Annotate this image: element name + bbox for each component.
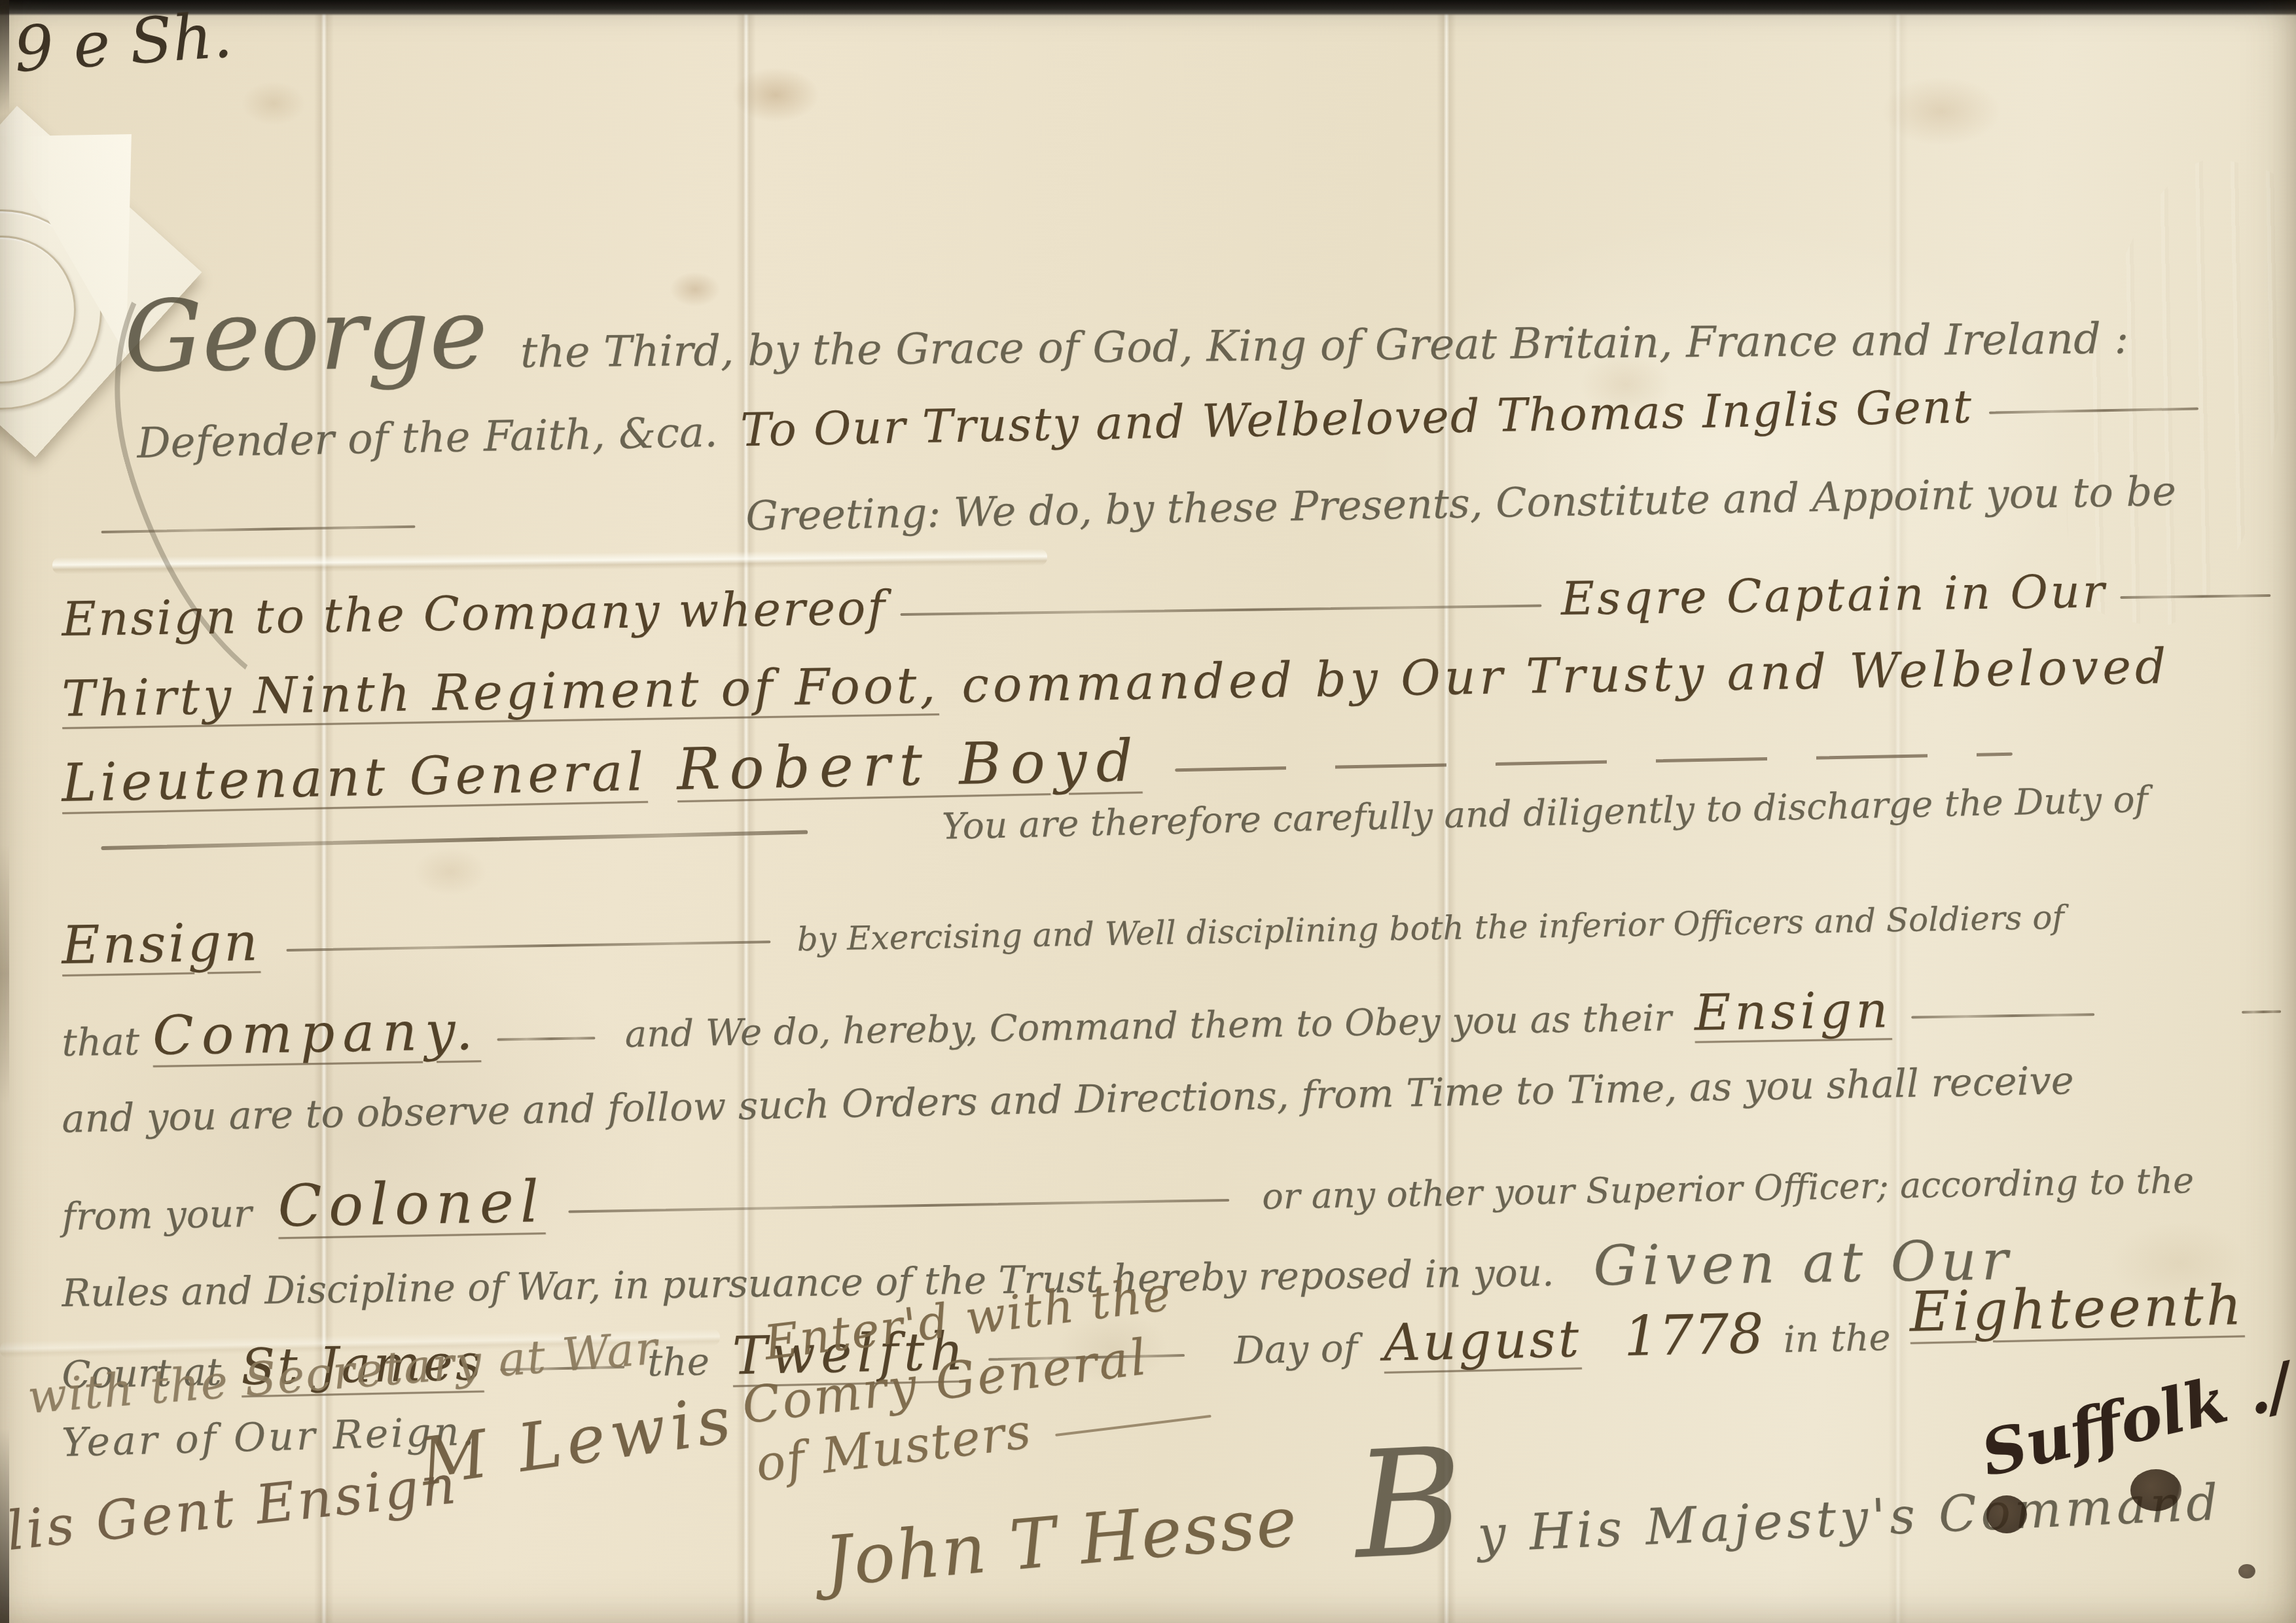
line-reign-year: Year of Our Reign. (61, 1412, 477, 1463)
line-royal-style: George the Third, by the Grace of God, K… (124, 270, 2129, 386)
regiment-name: Thirty Ninth Regiment of Foot, (62, 656, 939, 728)
year-number: 1778 (1623, 1302, 1765, 1368)
rank-company-text: Ensign to the Company whereof (62, 580, 888, 647)
inked-rule (900, 604, 1541, 616)
regnal-year-word: Eighteenth (1909, 1273, 2245, 1344)
sovereign-name: George (124, 277, 488, 394)
inked-rule (287, 940, 771, 952)
greeting-text: Greeting: We do, by these Presents, Cons… (745, 467, 2177, 540)
command-initial: B (1351, 1416, 1467, 1592)
colonel-name: Robert Boyd (676, 726, 1143, 803)
war-office-signature: M Lewis (416, 1387, 740, 1495)
corner-inscription: 9 e Sh. (12, 5, 234, 82)
line-duty-rank: Ensign by Exercising and Well disciplini… (62, 885, 2065, 972)
captain-blank-text: Esqre Captain in Our (1560, 564, 2107, 626)
colonel-rank: Lieutenant General (61, 741, 648, 813)
grantee-name: To Our Trusty and Welbeloved Thomas Ingl… (740, 380, 1973, 457)
in-the-text: in the (1783, 1316, 1891, 1361)
ink-blot (2238, 1564, 2255, 1578)
scanner-edge (0, 0, 2296, 16)
line-superior: from your Colonel or any other your Supe… (61, 1144, 2194, 1239)
commanded-by-text: commanded by Our Trusty and Welbeloved (961, 638, 2170, 713)
sheet-left-edge (0, 0, 9, 1623)
that-word: that (62, 1019, 140, 1065)
defender-text: Defender of the Faith, &ca. (137, 408, 718, 468)
corner-inscription-text: 9 e Sh. (12, 0, 234, 86)
duty-rank-word: Ensign (61, 912, 260, 976)
inked-rule-dashed (1175, 753, 2013, 772)
obedience-text: and We do, hereby, Command them to Obey … (624, 997, 1672, 1056)
company-word: Company. (152, 1000, 481, 1067)
parchment-sheet: 9 e Sh. George the Third, by the Grace o… (0, 0, 2296, 1623)
muster-office-signature: John T Hesse (822, 1487, 1300, 1597)
obedience-rank-word: Ensign (1694, 980, 1892, 1042)
superior-officer-text: or any other your Superior Officer; acco… (1262, 1160, 2195, 1217)
colonel-word: Colonel (278, 1168, 546, 1240)
inked-rule (497, 1037, 596, 1041)
inked-rule (1055, 1415, 1211, 1436)
docket-fragment-text: lis Gent Ensign (4, 1454, 461, 1563)
command-text: y His Majesty's Command (1477, 1472, 2223, 1563)
line-obedience: that Company. and We do, hereby, Command… (62, 976, 2282, 1065)
royal-style-text: the Third, by the Grace of God, King of … (520, 314, 2129, 377)
line-orders: and you are to observe and follow such O… (62, 1061, 2074, 1138)
from-your-text: from your (62, 1191, 252, 1239)
discipline-text: by Exercising and Well disciplining both… (797, 899, 2064, 959)
inked-rule (101, 526, 416, 533)
inked-rule (2120, 594, 2270, 599)
day-of-text: Day of (1234, 1326, 1358, 1373)
inked-rule (101, 830, 808, 851)
inked-rule (568, 1199, 1229, 1213)
inked-rule (1911, 1013, 2094, 1018)
inked-rule (2242, 1010, 2281, 1014)
war-office-signature-text: M Lewis (416, 1381, 740, 1501)
muster-signature-text: John T Hesse (821, 1481, 1301, 1602)
rules-of-war-text: Rules and Discipline of War, in pursuanc… (62, 1250, 1554, 1315)
ink-blot (2130, 1469, 2181, 1511)
ink-blot (1986, 1495, 2027, 1533)
month-name: August (1383, 1310, 1582, 1372)
orders-text: and you are to observe and follow such O… (62, 1058, 2074, 1141)
docket-fragment: lis Gent Ensign (4, 1458, 461, 1559)
inked-rule (1989, 408, 2198, 414)
